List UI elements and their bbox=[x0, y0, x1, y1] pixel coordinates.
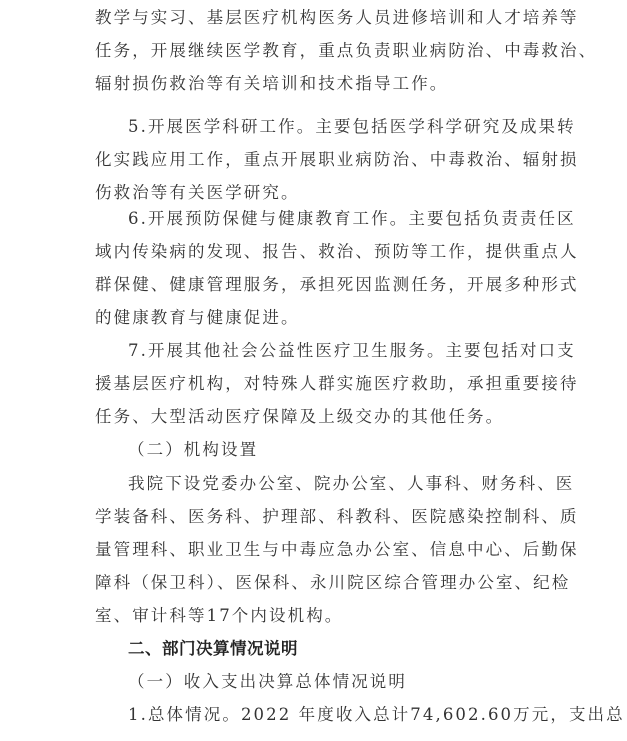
text-line: 任务，开展继续医学教育，重点负责职业病防治、中毒救治、 bbox=[95, 40, 597, 62]
text-line: 室、审计科等17个内设机构。 bbox=[95, 605, 343, 627]
text-line: 的健康教育与健康促进。 bbox=[95, 307, 300, 329]
text-line: 量管理科、职业卫生与中毒应急办公室、信息中心、后勤保 bbox=[95, 539, 579, 561]
text-line: 伤救治等有关医学研究。 bbox=[95, 182, 300, 204]
paragraph-institution-start: 我院下设党委办公室、院办公室、人事科、财务科、医 bbox=[128, 473, 574, 495]
text-line: 域内传染病的发现、报告、救治、预防等工作，提供重点人 bbox=[95, 241, 579, 263]
section-heading-institution: （二）机构设置 bbox=[128, 439, 258, 461]
text-line: 任务、大型活动医疗保障及上级交办的其他任务。 bbox=[95, 406, 504, 428]
paragraph-overview-start: 1.总体情况。2022 年度收入总计74,602.60万元，支出总 bbox=[128, 704, 625, 726]
text-line: 辐射损伤救治等有关培训和技术指导工作。 bbox=[95, 73, 448, 95]
text-line: 学装备科、医务科、护理部、科教科、医院感染控制科、质 bbox=[95, 506, 579, 528]
text-line: 教学与实习、基层医疗机构医务人员进修培训和人才培养等 bbox=[95, 7, 579, 29]
text-line: 群保健、健康管理服务，承担死因监测任务，开展多种形式 bbox=[95, 274, 579, 296]
subsection-heading-overview: （一）收入支出决算总体情况说明 bbox=[128, 671, 407, 693]
text-line: 援基层医疗机构，对特殊人群实施医疗救助，承担重要接待 bbox=[95, 373, 579, 395]
paragraph-7-start: 7.开展其他社会公益性医疗卫生服务。主要包括对口支 bbox=[128, 340, 576, 362]
paragraph-6-start: 6.开展预防保健与健康教育工作。主要包括负责责任区 bbox=[128, 208, 576, 230]
text-line: 障科（保卫科）、医保科、永川院区综合管理办公室、纪检 bbox=[95, 572, 570, 594]
section-heading-budget: 二、部门决算情况说明 bbox=[128, 638, 298, 660]
text-line: 化实践应用工作，重点开展职业病防治、中毒救治、辐射损 bbox=[95, 149, 579, 171]
paragraph-5-start: 5.开展医学科研工作。主要包括医学科学研究及成果转 bbox=[128, 116, 576, 138]
